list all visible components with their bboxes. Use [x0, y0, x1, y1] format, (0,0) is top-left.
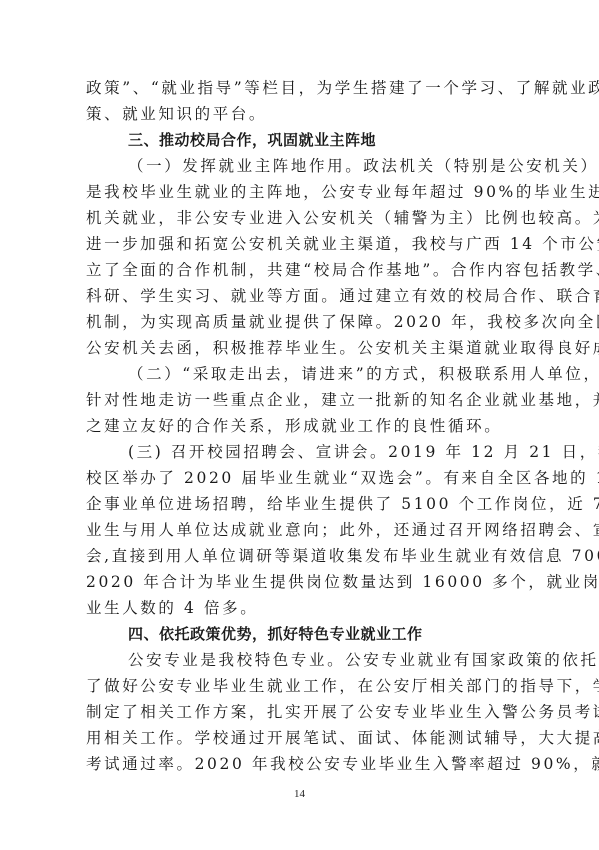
paragraph-line: (三) 召开校园招聘会、宣讲会。2019 年 12 月 21 日，我校在五合 — [86, 439, 514, 465]
paragraph-line: 校区举办了 2020 届毕业生就业“双选会”。有来自全区各地的 108 家 — [86, 465, 514, 491]
paragraph-line: 2020 年合计为毕业生提供岗位数量达到 16000 多个，就业岗位数是毕 — [86, 569, 514, 595]
paragraph-line: 策、就业知识的平台。 — [86, 101, 514, 127]
paragraph-line: 是我校毕业生就业的主阵地，公安专业每年超过 90%的毕业生进入公安 — [86, 179, 514, 205]
paragraph-line: 科研、学生实习、就业等方面。通过建立有效的校局合作、联合育人 — [86, 283, 514, 309]
paragraph-line: （一）发挥就业主阵地作用。政法机关（特别是公安机关）一直 — [86, 153, 514, 179]
document-page: 政策”、“就业指导”等栏目，为学生搭建了一个学习、了解就业政 策、就业知识的平台… — [0, 0, 599, 850]
paragraph-line: 之建立友好的合作关系，形成就业工作的良性循环。 — [86, 413, 514, 439]
paragraph-line: 公安机关去函，积极推荐毕业生。公安机关主渠道就业取得良好成效。 — [86, 335, 514, 361]
paragraph-line: （二）“采取走出去，请进来”的方式，积极联系用人单位，有 — [86, 361, 514, 387]
paragraph-line: 企事业单位进场招聘，给毕业生提供了 5100 个工作岗位，近 700 名毕 — [86, 491, 514, 517]
page-number: 14 — [0, 788, 599, 800]
section-heading: 四、依托政策优势，抓好特色专业就业工作 — [86, 621, 514, 647]
paragraph-line: 业生与用人单位达成就业意向；此外，还通过召开网络招聘会、宣讲 — [86, 517, 514, 543]
section-heading: 三、推动校局合作，巩固就业主阵地 — [86, 127, 514, 153]
paragraph-line: 进一步加强和拓宽公安机关就业主渠道，我校与广西 14 个市公安局建 — [86, 231, 514, 257]
paragraph-line: 考试通过率。2020 年我校公安专业毕业生入警率超过 90%，就业率达 — [86, 751, 514, 777]
paragraph-line: 机制，为实现高质量就业提供了保障。2020 年，我校多次向全区各地 — [86, 309, 514, 335]
paragraph-line: 制定了相关工作方案，扎实开展了公安专业毕业生入警公务员考试录 — [86, 699, 514, 725]
paragraph-line: 会,直接到用人单位调研等渠道收集发布毕业生就业有效信息 7000 条， — [86, 543, 514, 569]
paragraph-line: 用相关工作。学校通过开展笔试、面试、体能测试辅导，大大提高了 — [86, 725, 514, 751]
paragraph-line: 机关就业，非公安专业进入公安机关（辅警为主）比例也较高。为了 — [86, 205, 514, 231]
paragraph-line: 政策”、“就业指导”等栏目，为学生搭建了一个学习、了解就业政 — [86, 75, 514, 101]
paragraph-line: 针对性地走访一些重点企业，建立一批新的知名企业就业基地，并与 — [86, 387, 514, 413]
paragraph-line: 业生人数的 4 倍多。 — [86, 595, 514, 621]
paragraph-line: 立了全面的合作机制，共建“校局合作基地”。合作内容包括教学、 — [86, 257, 514, 283]
paragraph-line: 了做好公安专业毕业生就业工作，在公安厅相关部门的指导下，学校 — [86, 673, 514, 699]
paragraph-line: 公安专业是我校特色专业。公安专业就业有国家政策的依托。为 — [86, 647, 514, 673]
page-body: 政策”、“就业指导”等栏目，为学生搭建了一个学习、了解就业政 策、就业知识的平台… — [86, 75, 514, 777]
